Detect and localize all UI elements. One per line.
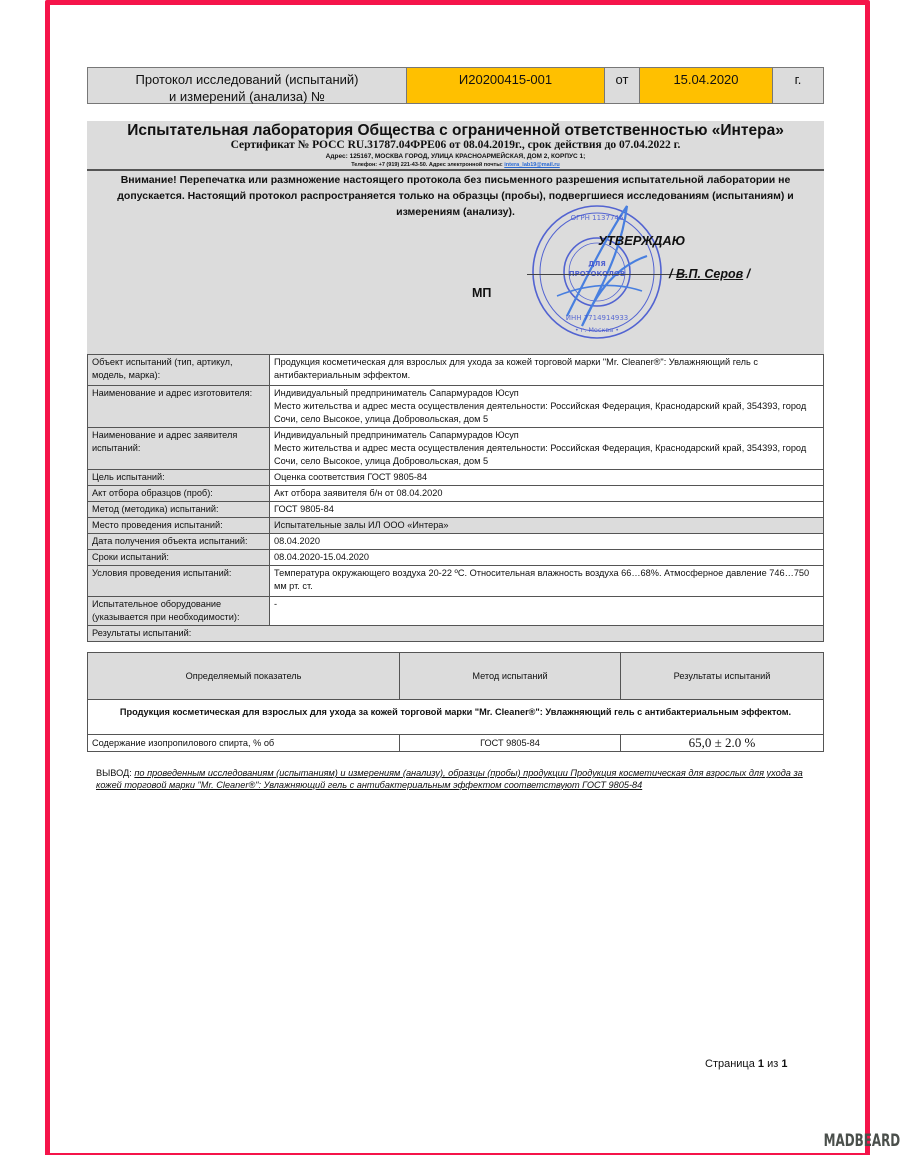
info-value: Оценка соответствия ГОСТ 9805-84: [270, 470, 824, 486]
results-section-row: Результаты испытаний:: [88, 626, 824, 642]
protocol-label: Протокол исследований (испытаний)и измер…: [88, 68, 407, 103]
lab-certificate: Сертификат № РОСС RU.31787.04ФРЕ06 от 08…: [87, 139, 824, 152]
info-key: Метод (методика) испытаний:: [88, 502, 270, 518]
protocol-from-label: от: [605, 68, 640, 103]
header-result: Результаты испытаний: [621, 653, 824, 700]
info-value: Испытательные залы ИЛ ООО «Интера»: [270, 518, 824, 534]
header-indicator: Определяемый показатель: [88, 653, 400, 700]
signer-name: В.П. Серов: [676, 267, 743, 281]
info-value: Акт отбора заявителя б/н от 08.04.2020: [270, 486, 824, 502]
table-row: Сроки испытаний: 08.04.2020-15.04.2020: [88, 550, 824, 566]
protocol-header: Протокол исследований (испытаний)и измер…: [87, 67, 824, 104]
table-row: Место проведения испытаний: Испытательны…: [88, 518, 824, 534]
lab-title: Испытательная лаборатория Общества с огр…: [87, 122, 824, 139]
results-table: Определяемый показатель Метод испытаний …: [87, 652, 824, 752]
info-key: Сроки испытаний:: [88, 550, 270, 566]
table-row: Испытательное оборудование (указывается …: [88, 597, 824, 626]
info-key: Наименование и адрес заявителя испытаний…: [88, 428, 270, 470]
info-value: ГОСТ 9805-84: [270, 502, 824, 518]
info-key: Условия проведения испытаний:: [88, 566, 270, 597]
svg-text:ДЛЯ: ДЛЯ: [588, 260, 605, 268]
lab-email-link[interactable]: intera_lab19@mail.ru: [504, 162, 560, 168]
table-row: Дата получения объекта испытаний: 08.04.…: [88, 534, 824, 550]
results-section-label: Результаты испытаний:: [88, 626, 824, 642]
protocol-number: И20200415-001: [407, 68, 605, 103]
table-row: Метод (методика) испытаний: ГОСТ 9805-84: [88, 502, 824, 518]
watermark-logo: MADBEARD: [823, 1131, 900, 1151]
info-value: 08.04.2020-15.04.2020: [270, 550, 824, 566]
protocol-label-line1: Протокол исследований (испытаний): [136, 72, 359, 87]
page-number: Страница 1 из 1: [705, 1058, 787, 1070]
info-key: Акт отбора образцов (проб):: [88, 486, 270, 502]
info-key: Объект испытаний (тип, артикул, модель, …: [88, 355, 270, 386]
svg-text:• г. Москва •: • г. Москва •: [575, 326, 619, 334]
signer: / В.П. Серов /: [669, 267, 750, 281]
table-row: Наименование и адрес изготовителя: Индив…: [88, 386, 824, 428]
seal-stamp-icon: ДЛЯ ПРОТОКОЛОВ ОГРН 1137746 ИНН 77149149…: [527, 196, 667, 346]
table-row: Условия проведения испытаний: Температур…: [88, 566, 824, 597]
signature-line: [527, 274, 687, 275]
page-total: 1: [781, 1058, 787, 1070]
approve-label: УТВЕРЖДАЮ: [598, 233, 685, 248]
stamp-place-label: МП: [472, 286, 491, 300]
product-name: Продукция косметическая для взрослых для…: [88, 700, 824, 735]
test-info-table: Объект испытаний (тип, артикул, модель, …: [87, 354, 824, 642]
product-row: Продукция косметическая для взрослых для…: [88, 700, 824, 735]
svg-text:ОГРН 1137746: ОГРН 1137746: [571, 214, 624, 222]
info-key: Место проведения испытаний:: [88, 518, 270, 534]
conclusion-text: по проведенным исследованиям (испытаниям…: [96, 768, 803, 790]
method-cell: ГОСТ 9805-84: [400, 735, 621, 752]
info-value: Температура окружающего воздуха 20-22 ºС…: [270, 566, 824, 597]
results-header-row: Определяемый показатель Метод испытаний …: [88, 653, 824, 700]
info-value: Индивидуальный предприниматель Сапармура…: [270, 386, 824, 428]
copy-warning: Внимание! Перепечатка или размножение на…: [87, 172, 824, 220]
info-key: Наименование и адрес изготовителя:: [88, 386, 270, 428]
signer-prefix: /: [669, 267, 676, 281]
info-value: Продукция косметическая для взрослых для…: [270, 355, 824, 386]
protocol-date: 15.04.2020: [640, 68, 773, 103]
result-cell: 65,0 ± 2.0 %: [621, 735, 824, 752]
lab-phone: Телефон: +7 (919) 221-43-50. Адрес элект…: [351, 162, 504, 168]
lab-address: Адрес: 125167, МОСКВА ГОРОД, УЛИЦА КРАСН…: [87, 152, 824, 161]
info-key: Испытательное оборудование (указывается …: [88, 597, 270, 626]
divider: [87, 169, 824, 171]
info-value: -: [270, 597, 824, 626]
table-row: Объект испытаний (тип, артикул, модель, …: [88, 355, 824, 386]
info-value: 08.04.2020: [270, 534, 824, 550]
signer-suffix: /: [743, 267, 750, 281]
protocol-label-line2: и измерений (анализа) №: [169, 89, 325, 104]
svg-text:ИНН 7714914933: ИНН 7714914933: [566, 314, 629, 322]
table-row: Цель испытаний: Оценка соответствия ГОСТ…: [88, 470, 824, 486]
table-row: Содержание изопропилового спирта, % об Г…: [88, 735, 824, 752]
header-method: Метод испытаний: [400, 653, 621, 700]
info-value: Индивидуальный предприниматель Сапармура…: [270, 428, 824, 470]
indicator-cell: Содержание изопропилового спирта, % об: [88, 735, 400, 752]
protocol-year-suffix: г.: [773, 68, 823, 103]
lab-contacts: Телефон: +7 (919) 221-43-50. Адрес элект…: [87, 161, 824, 169]
table-row: Наименование и адрес заявителя испытаний…: [88, 428, 824, 470]
info-key: Цель испытаний:: [88, 470, 270, 486]
lab-block: Испытательная лаборатория Общества с огр…: [87, 121, 824, 354]
conclusion: ВЫВОД: по проведенным исследованиям (исп…: [96, 768, 824, 791]
conclusion-label: ВЫВОД:: [96, 768, 132, 778]
info-key: Дата получения объекта испытаний:: [88, 534, 270, 550]
table-row: Акт отбора образцов (проб): Акт отбора з…: [88, 486, 824, 502]
